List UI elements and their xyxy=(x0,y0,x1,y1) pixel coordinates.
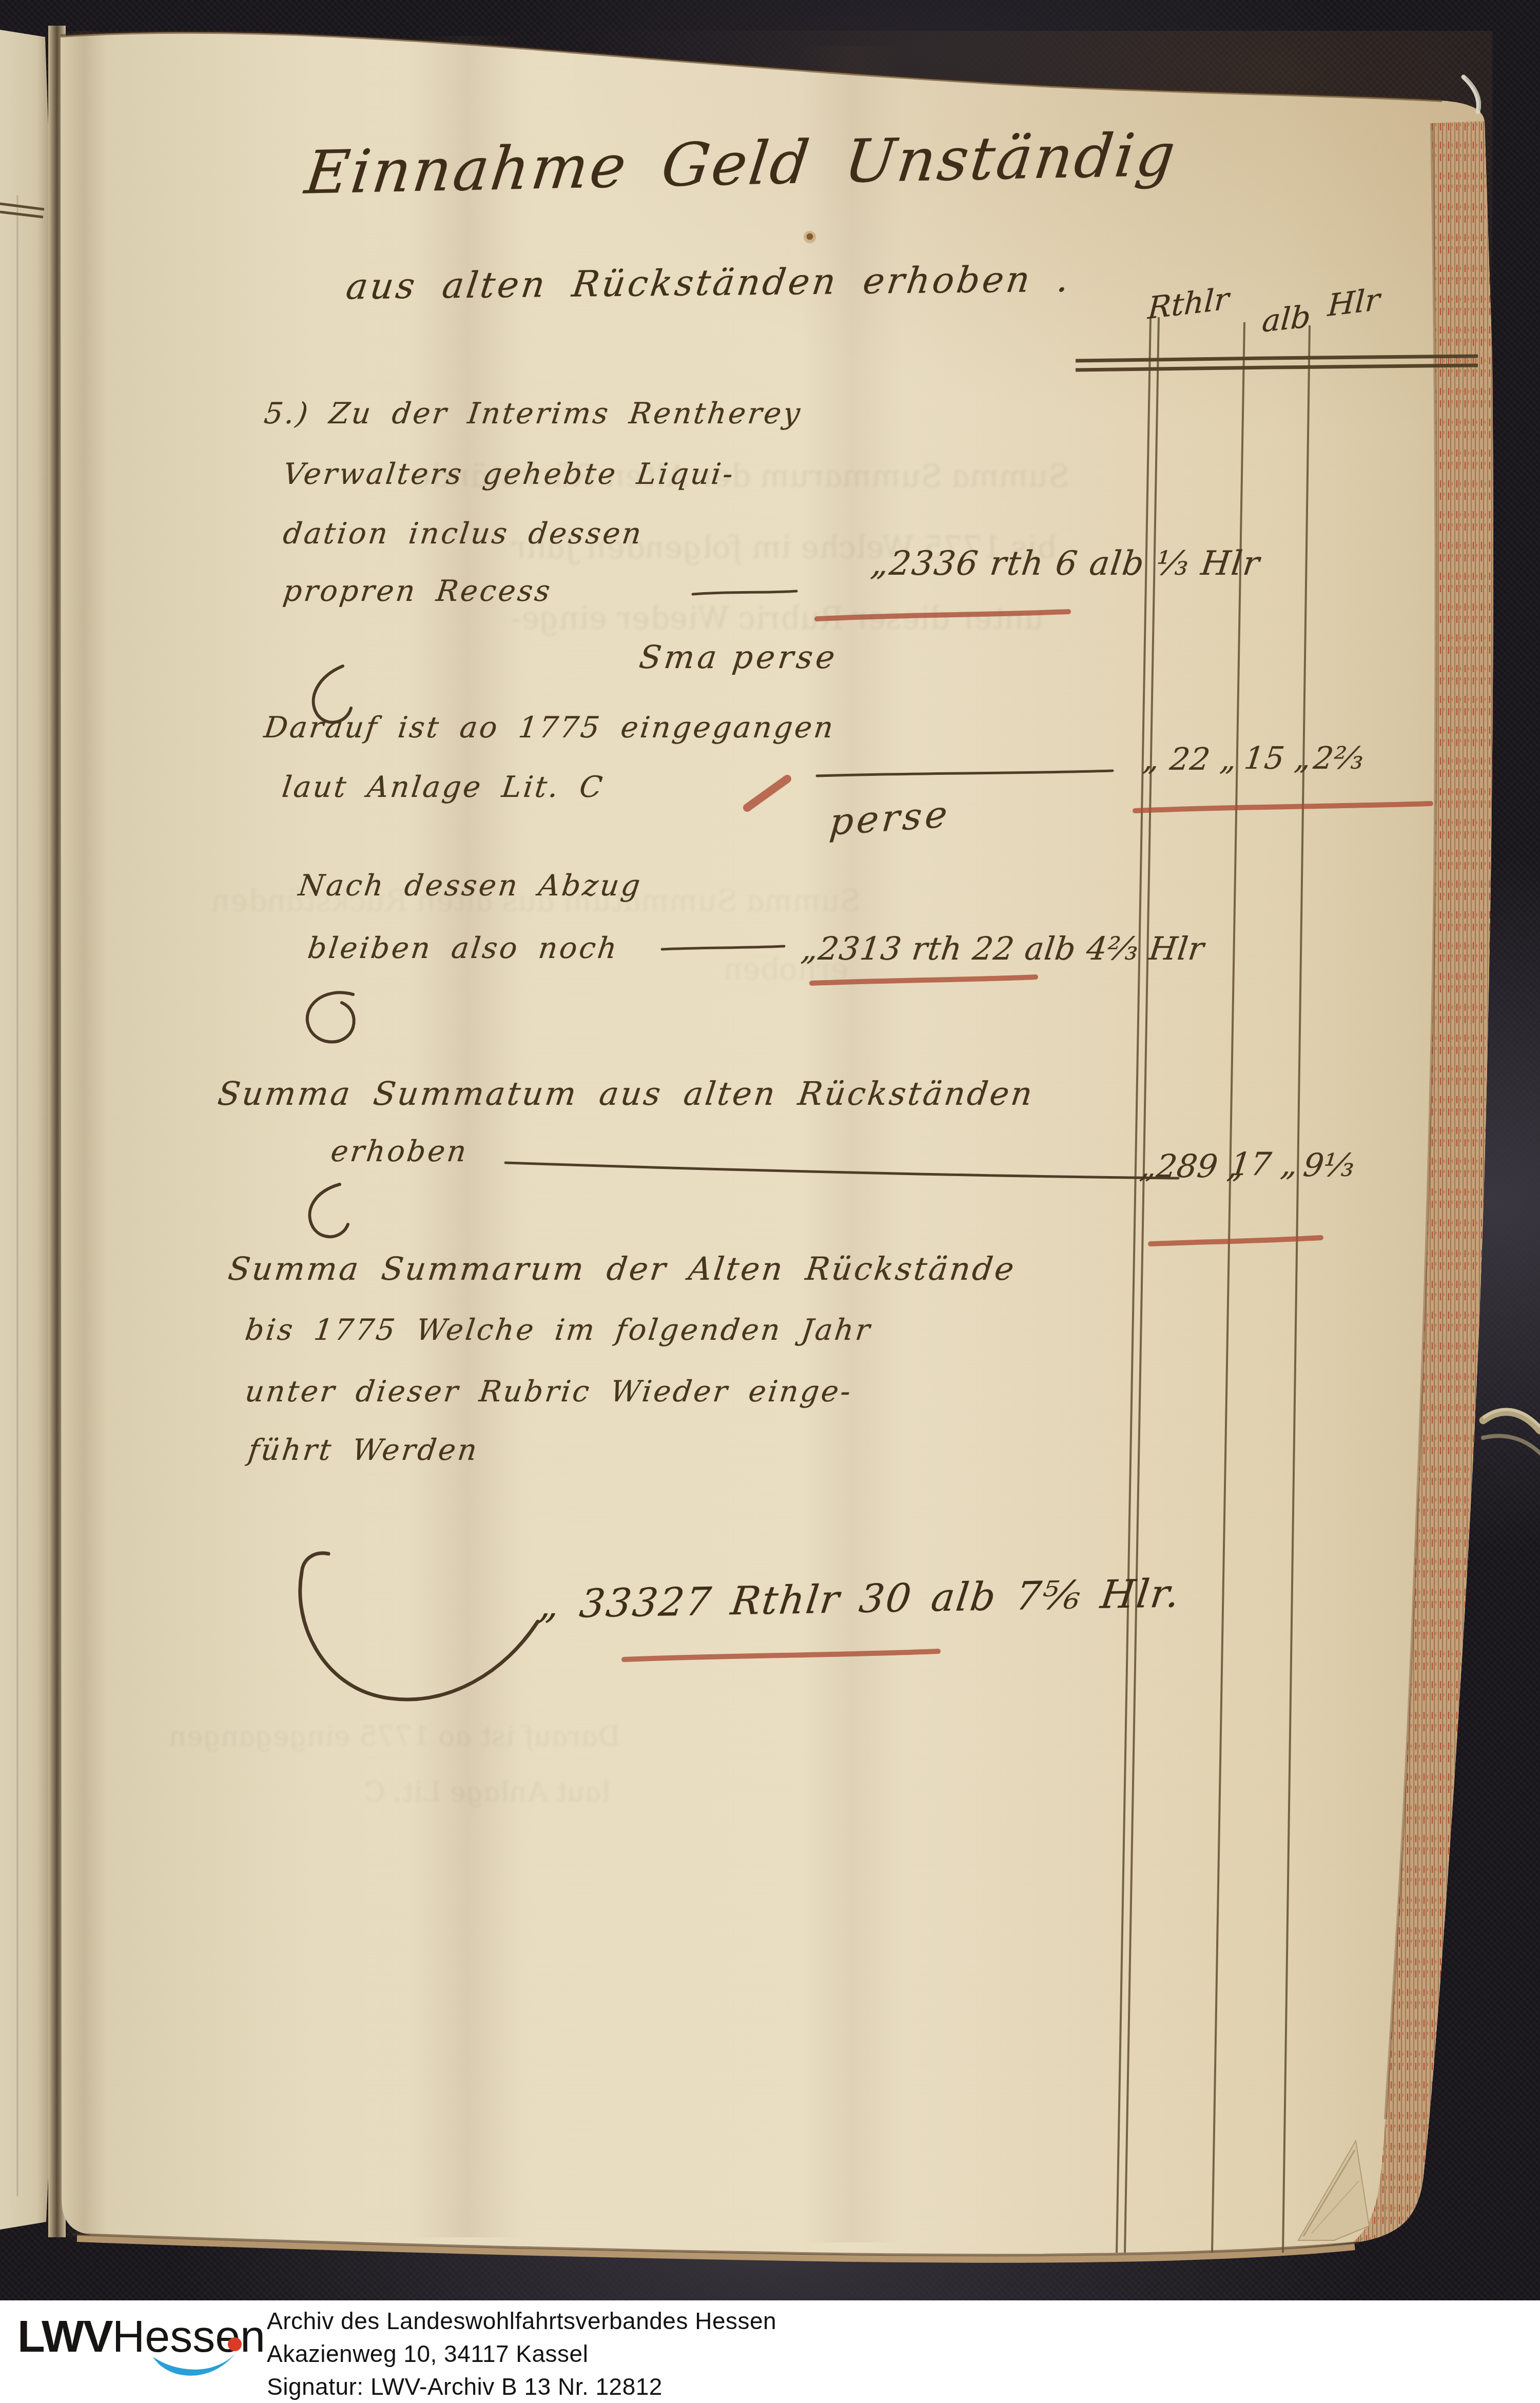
column-header-reichsthaler: Rthlr xyxy=(1147,284,1230,324)
entry-item5-line: Verwalters gehebte Liqui- xyxy=(282,460,737,489)
entry-remainder-line: bleiben also noch xyxy=(306,934,620,963)
entry-receipt1775-line: laut Anlage Lit. C xyxy=(281,773,606,802)
archive-street: Akazienweg 10, 34117 Kassel xyxy=(267,2337,776,2370)
entry-item5-line: propren Recess xyxy=(282,577,554,606)
archive-footer: LWVHessen Archiv des Landeswohlfahrtsver… xyxy=(0,2300,1540,2403)
archive-scan-viewport: Summa Summarum der Alten Rückstände bis … xyxy=(0,0,1540,2403)
entry-receipt1775-amount-rthlr: „ 22 „ xyxy=(1141,744,1239,775)
column-header-heller: Hlr xyxy=(1327,284,1381,321)
summa-summatum-amount-alb: 17 „ xyxy=(1229,1148,1299,1180)
summa-summatum-line: Summa Summatum aus alten Rückständen xyxy=(216,1078,1036,1110)
summa-summarum-line: Summa Summarum der Alten Rückstände xyxy=(226,1253,1018,1285)
entry-receipt1775-line: Darauf ist ao 1775 eingegangen xyxy=(263,713,837,743)
entry-remainder-amount: „2313 rth 22 alb 4⅔ Hlr xyxy=(800,933,1206,965)
entry-item5-line: 5.) Zu der Interims Rentherey xyxy=(263,399,804,428)
entry-remainder-line: Nach dessen Abzug xyxy=(297,871,644,901)
grand-total-amount: „ 33327 Rthlr 30 alb 7⅚ Hlr. xyxy=(537,1574,1183,1624)
entry-item5-line: dation inclus dessen xyxy=(282,519,645,549)
summa-summatum-amount-hlr: 9⅓ xyxy=(1301,1149,1356,1181)
column-header-albus: alb xyxy=(1261,301,1312,337)
entry-receipt1775-amount-alb: 15 „ xyxy=(1242,743,1313,774)
entry-receipt1775-amount-hlr: 2⅔ xyxy=(1312,743,1366,774)
left-page-sliver xyxy=(0,30,49,2230)
page-title: Einnahme Geld Unständig xyxy=(302,125,1180,203)
bleed-through-text: Darauf ist ao 1775 eingegangen laut Anla… xyxy=(154,1709,625,1820)
page-subtitle: aus alten Rückständen erhoben . xyxy=(344,261,1074,305)
archive-name: Archiv des Landeswohlfahrtsverbandes Hes… xyxy=(267,2304,776,2337)
archive-signature: Signatur: LWV-Archiv B 13 Nr. 12812 xyxy=(267,2370,776,2403)
summa-summatum-line: erhoben xyxy=(329,1137,470,1166)
summa-summarum-line: bis 1775 Welche im folgenden Jahr xyxy=(244,1316,873,1345)
summa-summarum-line: unter dieser Rubric Wieder einge- xyxy=(244,1377,854,1406)
entry-item5-amount: „2336 rth 6 alb ⅓ Hlr xyxy=(869,547,1262,580)
summa-summarum-line: führt Werden xyxy=(247,1436,481,1465)
archive-address-block: Archiv des Landeswohlfahrtsverbandes Hes… xyxy=(267,2304,776,2403)
logo-red-dot-icon xyxy=(228,2337,242,2351)
entry-receipt1775-note: perse xyxy=(828,795,952,841)
logo-blue-swoosh-icon xyxy=(150,2352,242,2388)
entry-item5-note: Sma perse xyxy=(637,641,840,673)
logo-text-lwv: LWV xyxy=(17,2311,112,2361)
book-scan-artwork xyxy=(0,0,1540,2403)
